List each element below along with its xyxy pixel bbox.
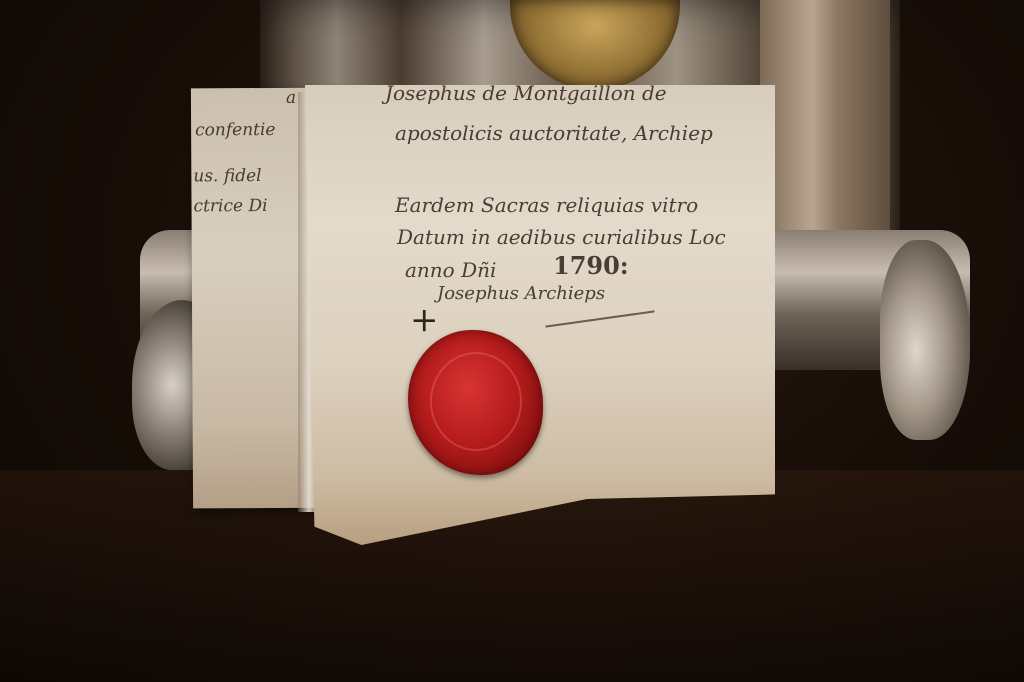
front-line-5: anno Dñi [405, 258, 496, 282]
front-line-3: Eardem Sacras reliquias vitro [395, 193, 698, 217]
seal-impression [430, 352, 522, 451]
reliquary-frame [760, 0, 890, 260]
date-year: 1790: [553, 251, 629, 280]
reliquary-foot-right [880, 240, 970, 440]
back-line-4: ctrice Di [193, 196, 267, 216]
front-letter-sheet: Josephus de Montgaillon de apostolicis a… [305, 85, 775, 545]
back-line-2: confentie [195, 120, 275, 140]
front-line-4: Datum in aedibus curialibus Loc [397, 225, 726, 249]
front-line-2: apostolicis auctoritate, Archiep [395, 121, 713, 145]
signature: Josephus Archieps [437, 283, 605, 304]
back-line-1: a [286, 88, 296, 108]
cross-mark: + [410, 300, 439, 340]
back-line-3: us. fidel [193, 166, 261, 186]
